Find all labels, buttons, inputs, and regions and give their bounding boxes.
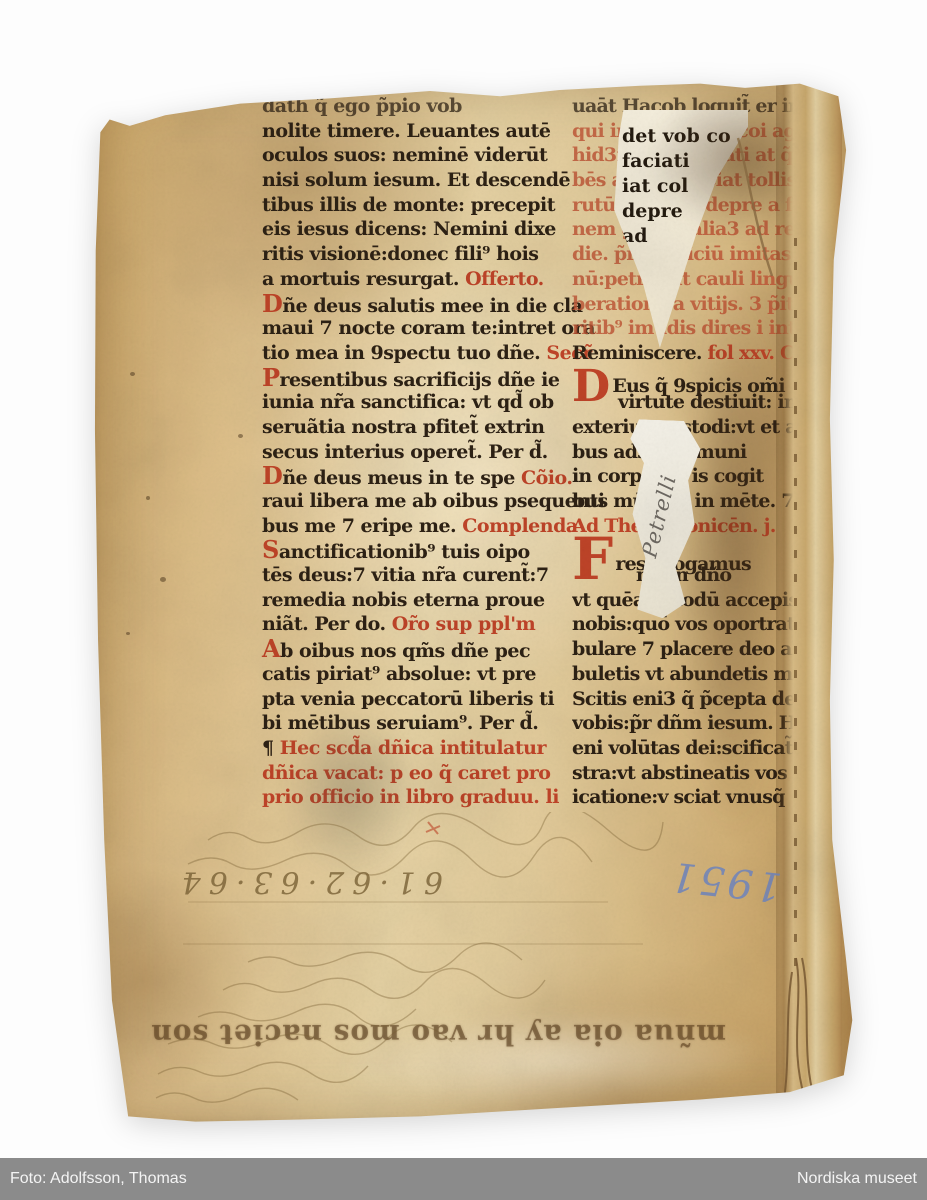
text-line: ritib⁹ imūdis dires i int	[572, 316, 798, 341]
text-line: raui libera me ab oibus psequenti	[262, 489, 582, 514]
parchment-leaf: dath q̃ ego p̃pio vobnolite timere. Leua…	[88, 72, 860, 1128]
text-line: DEus q̃ 9spicis om̃i	[572, 366, 798, 391]
text-line: tibus illis de monte: precepit	[262, 193, 582, 218]
text-line: dñica vacat: p eo q̃ caret pro	[262, 761, 582, 786]
photographer-credit: Foto: Adolfsson, Thomas	[10, 1158, 187, 1200]
spine-fold	[776, 80, 842, 1110]
text-line: niãt. Per do. Or̃o sup ppl'm	[262, 612, 582, 637]
handwritten-numbers: 61·62·63·64	[173, 864, 443, 899]
text-column-left: dath q̃ ego p̃pio vobnolite timere. Leua…	[262, 94, 582, 810]
text-line: bus me 7 eripe me. Complenda	[262, 514, 582, 539]
text-line: a mortuis resurgat. Offerto.	[262, 267, 582, 292]
text-line: prio officio in libro graduu. li	[262, 785, 582, 810]
text-line: nolite timere. Leuantes autē	[262, 119, 582, 144]
text-line: vobis:p̃r dñm iesum. H	[572, 711, 798, 736]
text-line: nū:petri aūt cauli lingu	[572, 267, 798, 292]
text-line: buletis vt abundetis m	[572, 662, 798, 687]
text-line: secus interius operet̃. Per d̃.	[262, 440, 582, 465]
stitch-seam	[794, 222, 797, 982]
text-line: tēs deus:7 vitia nr̃a curent̃:7	[262, 563, 582, 588]
museum-credit: Nordiska museet	[797, 1158, 917, 1200]
text-line: bi mētibus seruiam⁹. Per d̃.	[262, 711, 582, 736]
text-line: Dñe deus salutis mee in die cla	[262, 292, 582, 317]
text-line: pta venia peccatorū liberis ti	[262, 687, 582, 712]
text-line: Presentibus sacrificijs dñe ie	[262, 366, 582, 391]
speck	[126, 632, 130, 635]
manuscript-photo: dath q̃ ego p̃pio vobnolite timere. Leua…	[88, 72, 860, 1128]
text-line: nobis:quō vos oportrat	[572, 612, 798, 637]
text-line: maui 7 nocte coram te:intret ora	[262, 316, 582, 341]
handwritten-year-blue: 1951	[666, 852, 784, 910]
text-line: bulare 7 placere deo ab	[572, 637, 798, 662]
text-line: berationē a vitijs. 3 p̃iti	[572, 292, 798, 317]
text-line: eis iesus dicens: Nemini dixe	[262, 217, 582, 242]
text-line: seruãtia nostra pfitet̃ extrin	[262, 415, 582, 440]
credit-bar: Foto: Adolfsson, Thomas Nordiska museet	[0, 1158, 927, 1200]
text-line: dath q̃ ego p̃pio vob	[262, 94, 582, 119]
text-line: Ab oibus nos qm̃s dñe pec	[262, 637, 582, 662]
speck	[130, 372, 135, 376]
text-line: eni volūtas dei:scificat̃	[572, 736, 798, 761]
text-line: ¶ Hec scd̃a dñica intitulatur	[262, 736, 582, 761]
text-line: tio mea in 9spectu tuo dñe. Secr̃	[262, 341, 582, 366]
text-line: icatione:v sciat vnusq̃	[572, 785, 798, 810]
speck	[160, 577, 166, 582]
speck	[238, 434, 243, 438]
speck	[146, 496, 150, 500]
text-line: stra:vt abstineatis vos	[572, 761, 798, 786]
text-line: Sanctificationib⁹ tuis oipo	[262, 538, 582, 563]
text-line: oculos suos: neminē viderūt	[262, 143, 582, 168]
text-line: nisi solum iesum. Et descendē	[262, 168, 582, 193]
text-line: catis piriat⁹ absolue: vt pre	[262, 662, 582, 687]
text-line: Scitis eni3 q̃ p̃cepta ded	[572, 687, 798, 712]
flipped-gothic-line: mñua oia ay hr vao mos naciet son punae	[146, 1018, 726, 1051]
photo-page: dath q̃ ego p̃pio vobnolite timere. Leua…	[0, 0, 927, 1200]
text-line: Dñe deus meus in te spe Cõio.	[262, 464, 582, 489]
text-line: ritis visionē:donec fili⁹ hois	[262, 242, 582, 267]
text-line: remedia nobis eterna proue	[262, 588, 582, 613]
text-line: iunia nr̃a sanctifica: vt qd̃ ob	[262, 390, 582, 415]
